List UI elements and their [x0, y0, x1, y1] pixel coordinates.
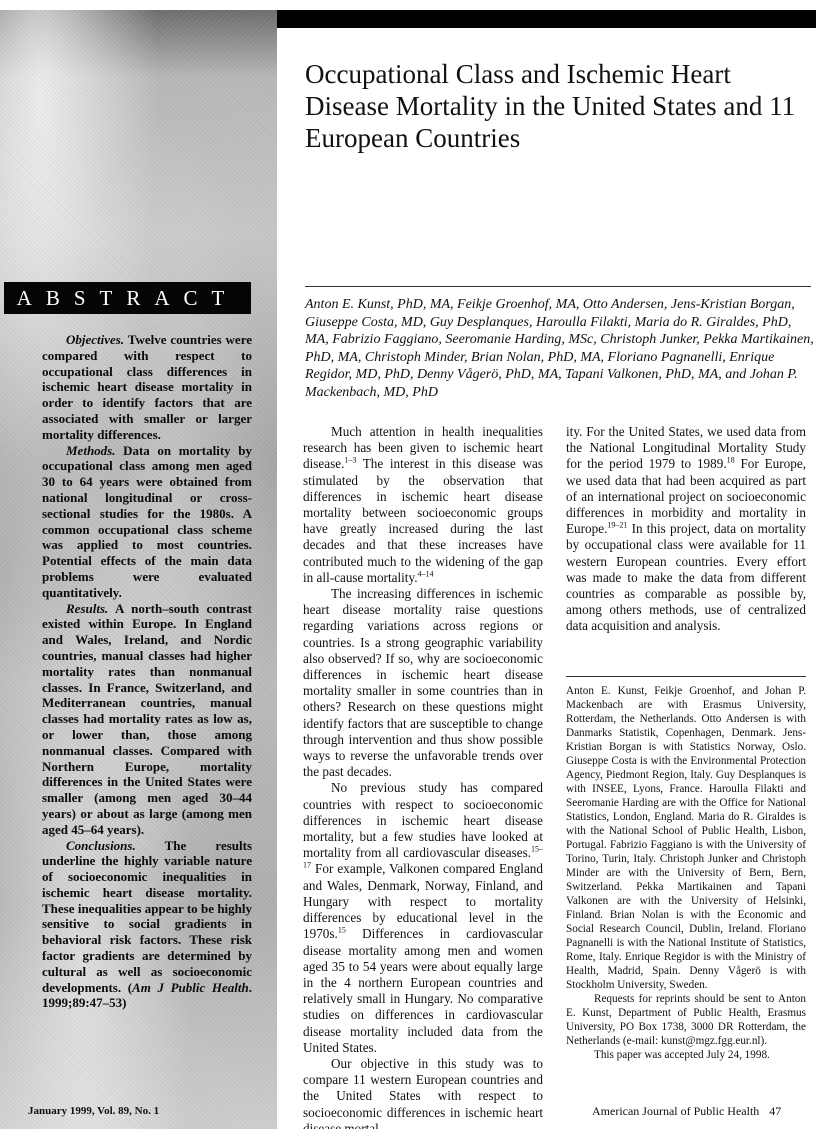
body-paragraph: The increasing differences in ischemic h…: [303, 586, 543, 780]
body-paragraph: Our objective in this study was to compa…: [303, 1056, 543, 1129]
journal-name: American Journal of Public Health: [592, 1104, 759, 1118]
abstract-results-label: Results.: [66, 601, 108, 616]
abstract-results: Results. A north–south contrast existed …: [42, 601, 252, 838]
title-divider: [305, 286, 811, 287]
abstract-conclusions-label: Conclusions.: [66, 838, 136, 853]
abstract-heading: ABSTRACT: [4, 282, 251, 314]
reprints-note: Requests for reprints should be sent to …: [566, 992, 806, 1048]
header-black-bar: [277, 10, 816, 28]
abstract-methods-text: Data on mortality by occupational class …: [42, 443, 252, 600]
abstract-methods-label: Methods.: [66, 443, 115, 458]
body-text: The interest in this disease was stimula…: [303, 456, 543, 584]
running-footer: American Journal of Public Health47: [592, 1104, 781, 1119]
reference-superscript: 15: [338, 926, 346, 935]
body-paragraph: Much attention in health inequalities re…: [303, 424, 543, 586]
body-column-right: ity. For the United States, we used data…: [566, 424, 806, 635]
abstract-methods: Methods. Data on mortality by occupation…: [42, 443, 252, 601]
abstract-objectives: Objectives. Twelve countries were compar…: [42, 332, 252, 443]
reference-superscript: 1–3: [344, 456, 356, 465]
affiliation-divider: [566, 676, 806, 677]
accepted-date: This paper was accepted July 24, 1998.: [566, 1048, 806, 1062]
abstract-objectives-label: Objectives.: [66, 332, 124, 347]
affiliations-note: Anton E. Kunst, Feikje Groenhof, and Joh…: [566, 684, 806, 1062]
reference-superscript: 4–14: [418, 569, 434, 578]
citation-journal: Am J Public Health: [132, 980, 249, 995]
abstract-body: Objectives. Twelve countries were compar…: [42, 332, 252, 1011]
author-list: Anton E. Kunst, PhD, MA, Feikje Groenhof…: [305, 296, 815, 402]
body-text: In this project, data on mortality by oc…: [566, 521, 806, 633]
abstract-objectives-text: Twelve countries were compared with resp…: [42, 332, 252, 442]
reference-superscript: 18: [727, 456, 735, 465]
body-column-left: Much attention in health inequalities re…: [303, 424, 543, 1129]
abstract-conclusions: Conclusions. The results underline the h…: [42, 838, 252, 1012]
affiliations-text: Anton E. Kunst, Feikje Groenhof, and Joh…: [566, 684, 806, 992]
page-number: 47: [769, 1104, 781, 1118]
body-text: No previous study has compared countries…: [303, 780, 543, 860]
body-paragraph: ity. For the United States, we used data…: [566, 424, 806, 635]
issue-info: January 1999, Vol. 89, No. 1: [28, 1105, 159, 1117]
reference-superscript: 19–21: [607, 521, 627, 530]
abstract-results-text: A north–south contrast existed within Eu…: [42, 601, 252, 837]
article-title: Occupational Class and Ischemic Heart Di…: [305, 58, 810, 154]
body-text: Differences in cardiovascular disease mo…: [303, 926, 543, 1054]
abstract-conclusions-text: The results underline the highly variabl…: [42, 838, 252, 995]
body-paragraph: No previous study has compared countries…: [303, 780, 543, 1055]
